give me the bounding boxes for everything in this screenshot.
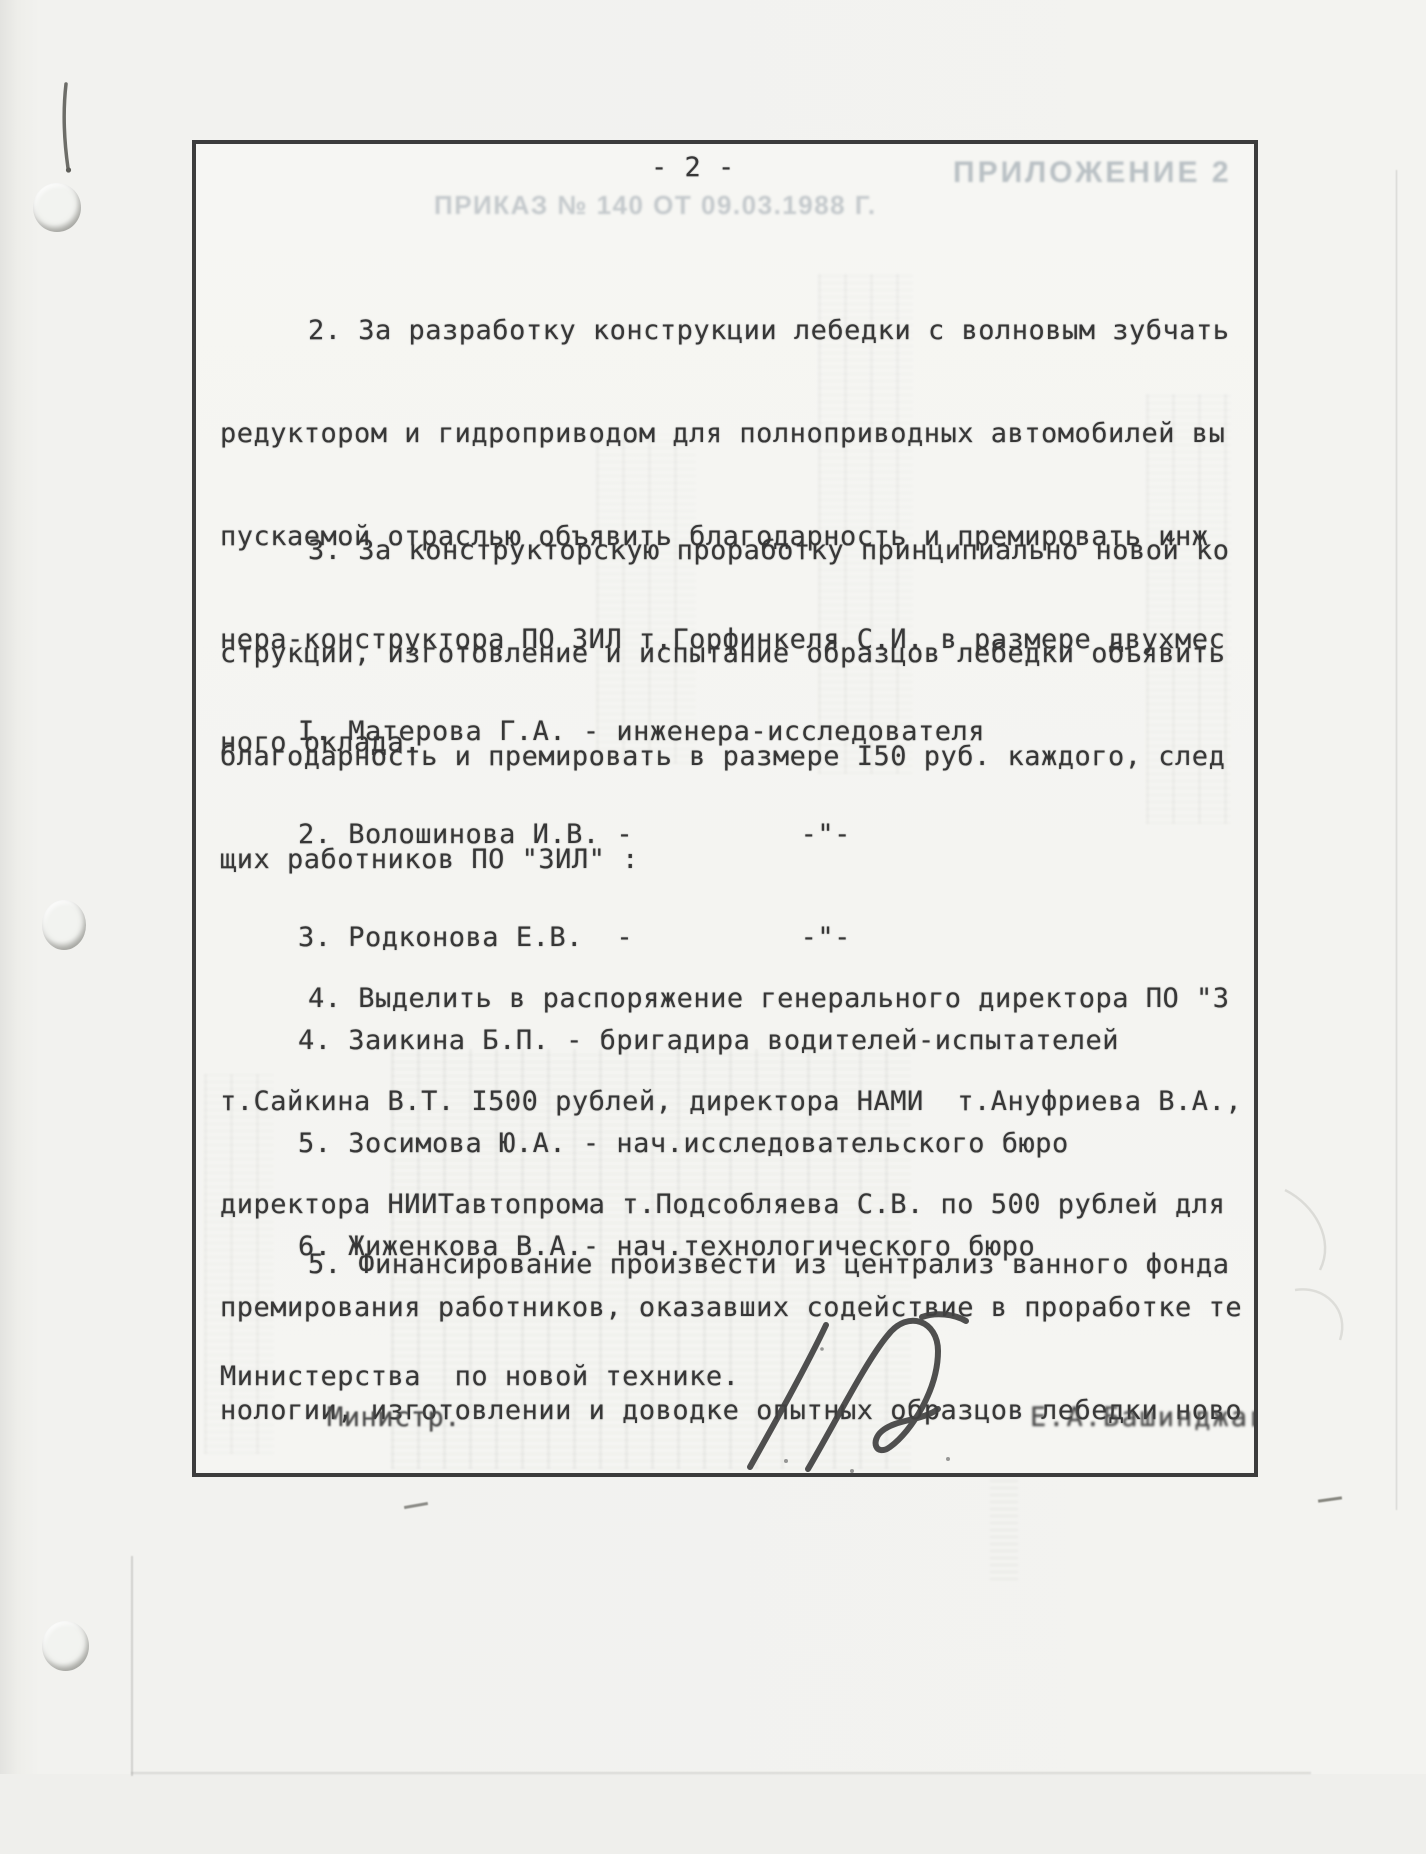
punch-hole: [33, 183, 81, 232]
paper-edge: [131, 1556, 133, 1776]
underlying-sheet-shade: [0, 1774, 1426, 1854]
signatory-title: Министр.: [327, 1402, 461, 1433]
text-line: 4. Выделить в распоряжение генерального …: [220, 982, 1254, 1023]
scanned-document-page: - 2 - ПРИЛОЖЕНИЕ 2 ПРИКАЗ № 140 ОТ 09.03…: [0, 0, 1426, 1854]
stray-ink-mark: [404, 1502, 428, 1509]
paper-edge: [131, 1772, 1311, 1774]
pen-scratch-mark: [52, 80, 92, 190]
text-line: 5. Финансирование произвести из централи…: [220, 1248, 1254, 1289]
signatory-name: Е.А.Башинджаг: [1030, 1402, 1258, 1433]
bleedthrough-texture: [990, 1480, 1018, 1580]
punch-hole: [42, 1621, 89, 1671]
document-frame: - 2 - ПРИЛОЖЕНИЕ 2 ПРИКАЗ № 140 ОТ 09.03…: [192, 140, 1258, 1477]
pencil-scribble: [1265, 1170, 1385, 1370]
text-line: 3. За конструкторскую проработку принцип…: [220, 534, 1254, 575]
stamp-appendix: ПРИЛОЖЕНИЕ 2: [953, 156, 1232, 190]
list-item: I. Матерова Г.А. - инженера-исследовател…: [298, 715, 1254, 756]
text-line: редуктором и гидроприводом для полноприв…: [220, 417, 1254, 458]
stray-ink-mark: [1318, 1496, 1342, 1502]
text-line: 2. За разработку конструкции лебедки с в…: [220, 314, 1254, 355]
list-item: 2. Волошинова И.В. - -"-: [298, 818, 1254, 859]
page-number: - 2 -: [651, 152, 735, 183]
punch-hole: [42, 900, 86, 950]
stamp-order-reference: ПРИКАЗ № 140 ОТ 09.03.1988 Г.: [434, 190, 877, 221]
text-line: т.Сайкина В.Т. I500 рублей, директора НА…: [220, 1085, 1254, 1126]
handwritten-signature: [726, 1309, 1006, 1477]
paper-fold-line: [1396, 170, 1397, 1510]
